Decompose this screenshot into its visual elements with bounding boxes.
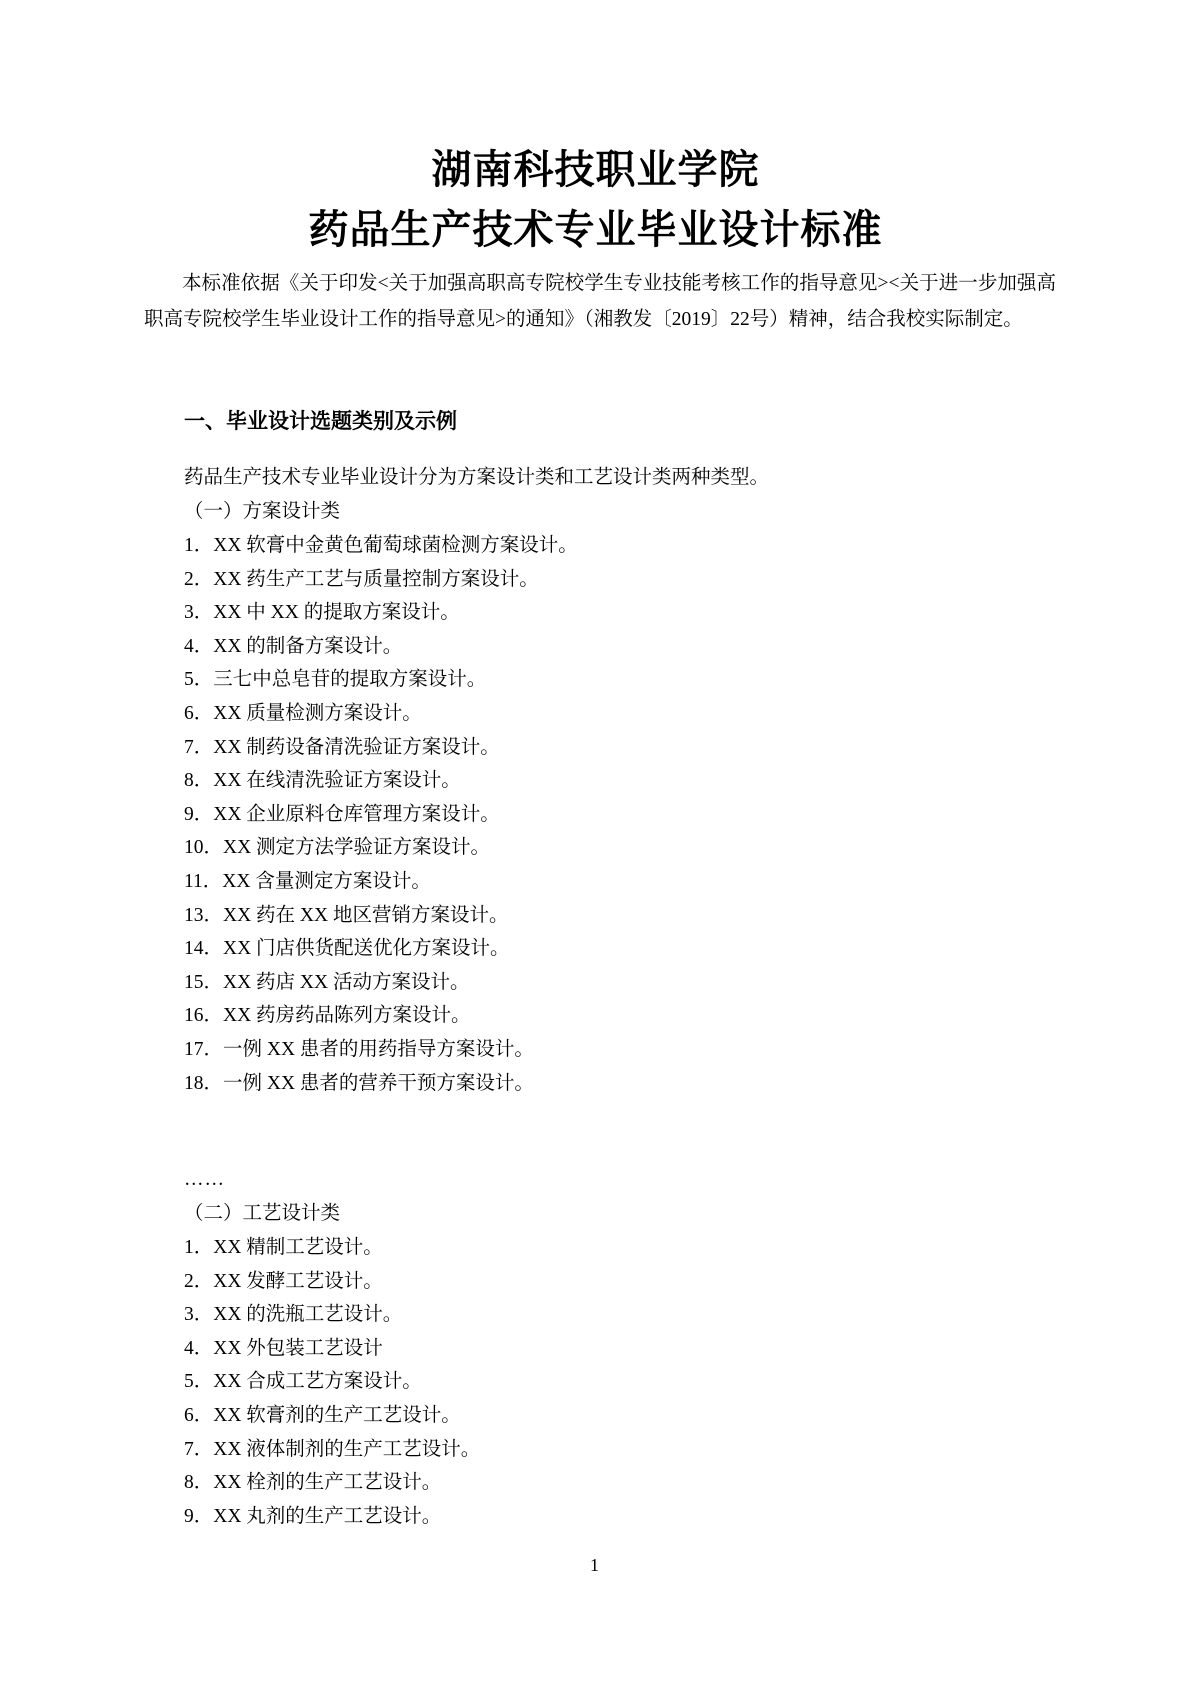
- list-item-text: XX 药店 XX 活动方案设计。: [223, 972, 469, 993]
- list-item: 9．XX 企业原料仓库管理方案设计。: [184, 801, 500, 829]
- list-item-number: 5．: [184, 666, 213, 694]
- list-item-text: XX 药生产工艺与质量控制方案设计。: [213, 569, 539, 590]
- list-item: 7．XX 液体制剂的生产工艺设计。: [184, 1436, 480, 1464]
- list-item-text: XX 软膏中金黄色葡萄球菌检测方案设计。: [213, 535, 578, 556]
- list-item-text: XX 软膏剂的生产工艺设计。: [213, 1405, 461, 1426]
- list-item-number: 7．: [184, 1436, 213, 1464]
- list-item-text: XX 质量检测方案设计。: [213, 703, 422, 724]
- list-item: 13．XX 药在 XX 地区营销方案设计。: [184, 902, 508, 930]
- list-item-number: 1．: [184, 532, 213, 560]
- list-item-number: 15．: [184, 969, 223, 997]
- list-item: 7．XX 制药设备清洗验证方案设计。: [184, 734, 500, 762]
- list-item-number: 6．: [184, 700, 213, 728]
- list-item-text: XX 外包装工艺设计: [213, 1338, 383, 1359]
- list-item-number: 11．: [184, 868, 222, 896]
- list-item-number: 2．: [184, 1268, 213, 1296]
- list-item-text: XX 丸剂的生产工艺设计。: [213, 1506, 441, 1527]
- list-item-number: 18．: [184, 1070, 223, 1098]
- list-item-number: 14．: [184, 935, 223, 963]
- category-label-scheme-design: （一）方案设计类: [184, 498, 340, 526]
- section-heading: 一、毕业设计选题类别及示例: [184, 406, 457, 436]
- list-ellipsis: ……: [184, 1166, 225, 1194]
- list-item-text: XX 企业原料仓库管理方案设计。: [213, 804, 500, 825]
- list-item: 16．XX 药房药品陈列方案设计。: [184, 1002, 471, 1030]
- list-item: 1．XX 精制工艺设计。: [184, 1234, 383, 1262]
- document-title-institution: 湖南科技职业学院: [0, 146, 1191, 194]
- list-item-text: XX 药房药品陈列方案设计。: [223, 1005, 471, 1026]
- list-item-number: 8．: [184, 1469, 213, 1497]
- list-item: 15．XX 药店 XX 活动方案设计。: [184, 969, 469, 997]
- list-item-text: 一例 XX 患者的用药指导方案设计。: [223, 1039, 534, 1060]
- document-title-standard: 药品生产技术专业毕业设计标准: [0, 206, 1191, 254]
- list-item-number: 9．: [184, 801, 213, 829]
- list-item: 8．XX 在线清洗验证方案设计。: [184, 767, 461, 795]
- list-item-number: 3．: [184, 599, 213, 627]
- list-item: 2．XX 发酵工艺设计。: [184, 1268, 383, 1296]
- list-item: 9．XX 丸剂的生产工艺设计。: [184, 1503, 441, 1531]
- list-item-number: 4．: [184, 633, 213, 661]
- list-item: 18．一例 XX 患者的营养干预方案设计。: [184, 1070, 534, 1098]
- list-item-number: 9．: [184, 1503, 213, 1531]
- list-item-text: XX 发酵工艺设计。: [213, 1271, 383, 1292]
- list-item-text: XX 制药设备清洗验证方案设计。: [213, 737, 500, 758]
- list-item-text: XX 在线清洗验证方案设计。: [213, 770, 461, 791]
- list-item: 1．XX 软膏中金黄色葡萄球菌检测方案设计。: [184, 532, 578, 560]
- list-item: 2．XX 药生产工艺与质量控制方案设计。: [184, 566, 539, 594]
- list-item-number: 2．: [184, 566, 213, 594]
- list-item-text: 三七中总皂苷的提取方案设计。: [213, 669, 486, 690]
- list-item-number: 5．: [184, 1368, 213, 1396]
- list-item-number: 6．: [184, 1402, 213, 1430]
- category-label-process-design: （二）工艺设计类: [184, 1200, 340, 1228]
- section-summary: 药品生产技术专业毕业设计分为方案设计类和工艺设计类两种类型。: [184, 464, 769, 492]
- list-item-text: XX 精制工艺设计。: [213, 1237, 383, 1258]
- intro-paragraph: 本标准依据《关于印发<关于加强高职高专院校学生专业技能考核工作的指导意见><关于…: [144, 266, 1056, 338]
- list-item: 14．XX 门店供货配送优化方案设计。: [184, 935, 510, 963]
- list-item-number: 7．: [184, 734, 213, 762]
- list-item-number: 4．: [184, 1335, 213, 1363]
- page-number: 1: [590, 1553, 599, 1577]
- list-item: 10．XX 测定方法学验证方案设计。: [184, 834, 490, 862]
- list-item-number: 13．: [184, 902, 223, 930]
- document-page: 湖南科技职业学院 药品生产技术专业毕业设计标准 本标准依据《关于印发<关于加强高…: [0, 0, 1191, 1684]
- list-item-number: 10．: [184, 834, 223, 862]
- list-item: 6．XX 软膏剂的生产工艺设计。: [184, 1402, 461, 1430]
- list-item-text: XX 含量测定方案设计。: [222, 871, 431, 892]
- list-item-number: 16．: [184, 1002, 223, 1030]
- list-item-text: XX 栓剂的生产工艺设计。: [213, 1472, 441, 1493]
- list-item: 3．XX 的洗瓶工艺设计。: [184, 1301, 402, 1329]
- list-item-text: XX 门店供货配送优化方案设计。: [223, 938, 510, 959]
- list-item-text: XX 合成工艺方案设计。: [213, 1371, 422, 1392]
- list-item-text: XX 药在 XX 地区营销方案设计。: [223, 905, 508, 926]
- list-item: 3．XX 中 XX 的提取方案设计。: [184, 599, 460, 627]
- list-item-text: XX 测定方法学验证方案设计。: [223, 837, 490, 858]
- list-item-text: XX 液体制剂的生产工艺设计。: [213, 1439, 480, 1460]
- list-item: 17．一例 XX 患者的用药指导方案设计。: [184, 1036, 534, 1064]
- list-item-text: XX 中 XX 的提取方案设计。: [213, 602, 459, 623]
- list-item-number: 1．: [184, 1234, 213, 1262]
- list-item: 8．XX 栓剂的生产工艺设计。: [184, 1469, 441, 1497]
- list-item: 5．三七中总皂苷的提取方案设计。: [184, 666, 486, 694]
- list-item-text: XX 的制备方案设计。: [213, 636, 402, 657]
- list-item-number: 8．: [184, 767, 213, 795]
- list-item-text: XX 的洗瓶工艺设计。: [213, 1304, 402, 1325]
- list-item: 6．XX 质量检测方案设计。: [184, 700, 422, 728]
- list-item: 4．XX 外包装工艺设计: [184, 1335, 383, 1363]
- list-item-number: 17．: [184, 1036, 223, 1064]
- list-item: 5．XX 合成工艺方案设计。: [184, 1368, 422, 1396]
- list-item: 4．XX 的制备方案设计。: [184, 633, 402, 661]
- list-item-number: 3．: [184, 1301, 213, 1329]
- list-item: 11．XX 含量测定方案设计。: [184, 868, 431, 896]
- list-item-text: 一例 XX 患者的营养干预方案设计。: [223, 1073, 534, 1094]
